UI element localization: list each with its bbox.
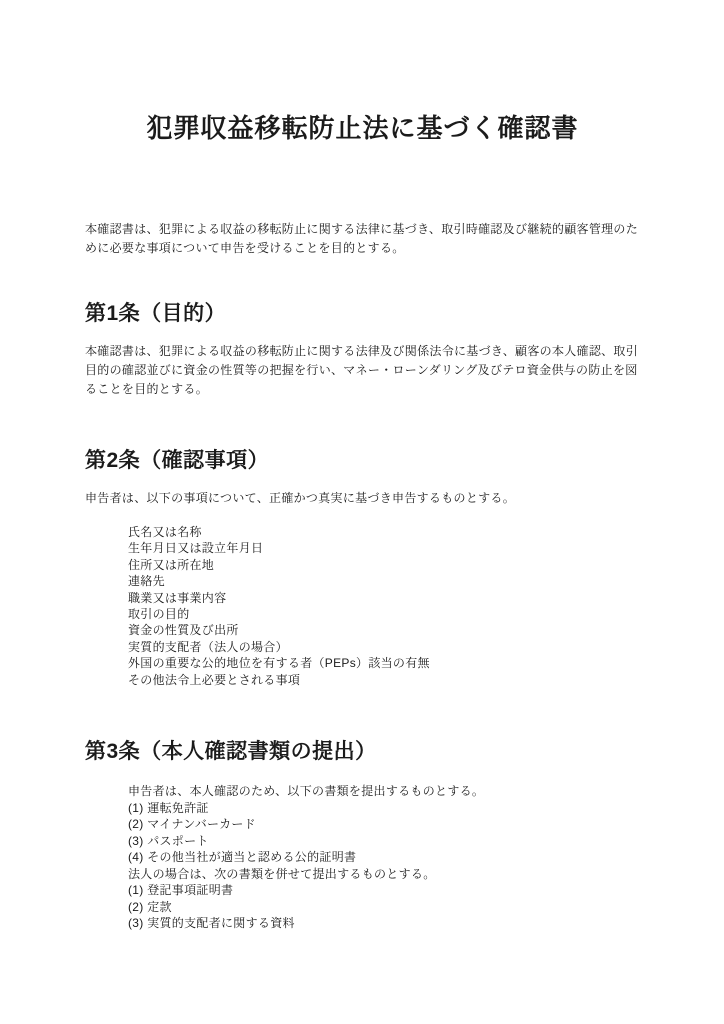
list-item: 職業又は事業内容	[128, 590, 640, 606]
list-item: 生年月日又は設立年月日	[128, 540, 640, 556]
document-title: 犯罪収益移転防止法に基づく確認書	[85, 0, 640, 144]
document-line: (1) 運転免許証	[128, 800, 640, 817]
intro-paragraph: 本確認書は、犯罪による収益の移転防止に関する法律に基づき、取引時確認及び継続的顧…	[85, 220, 640, 258]
article-2-body: 申告者は、以下の事項について、正確かつ真実に基づき申告するものとする。	[85, 489, 640, 508]
document-line: (4) その他当社が適当と認める公的証明書	[128, 849, 640, 866]
document-line: (2) 定款	[128, 899, 640, 916]
document-line: (1) 登記事項証明書	[128, 882, 640, 899]
document-line: 申告者は、本人確認のため、以下の書類を提出するものとする。	[128, 783, 640, 800]
document-line: (3) パスポート	[128, 833, 640, 850]
confirmation-items-list: 氏名又は名称 生年月日又は設立年月日 住所又は所在地 連絡先 職業又は事業内容 …	[128, 524, 640, 688]
document-line: (2) マイナンバーカード	[128, 816, 640, 833]
list-item: その他法令上必要とされる事項	[128, 672, 640, 688]
document-line: (3) 実質的支配者に関する資料	[128, 915, 640, 932]
document-submission-lines: 申告者は、本人確認のため、以下の書類を提出するものとする。 (1) 運転免許証 …	[128, 783, 640, 932]
list-item: 住所又は所在地	[128, 557, 640, 573]
article-2-heading: 第2条（確認事項）	[85, 447, 640, 475]
document-content: 犯罪収益移転防止法に基づく確認書 本確認書は、犯罪による収益の移転防止に関する法…	[0, 0, 724, 932]
list-item: 外国の重要な公的地位を有する者（PEPs）該当の有無	[128, 655, 640, 671]
article-3-heading: 第3条（本人確認書類の提出）	[85, 738, 640, 766]
article-1-body: 本確認書は、犯罪による収益の移転防止に関する法律及び関係法令に基づき、顧客の本人…	[85, 342, 640, 399]
list-item: 資金の性質及び出所	[128, 622, 640, 638]
document-line: 法人の場合は、次の書類を併せて提出するものとする。	[128, 866, 640, 883]
list-item: 連絡先	[128, 573, 640, 589]
list-item: 氏名又は名称	[128, 524, 640, 540]
article-1-heading: 第1条（目的）	[85, 300, 640, 328]
document-page: 犯罪収益移転防止法に基づく確認書 本確認書は、犯罪による収益の移転防止に関する法…	[0, 0, 724, 1024]
list-item: 実質的支配者（法人の場合）	[128, 639, 640, 655]
list-item: 取引の目的	[128, 606, 640, 622]
